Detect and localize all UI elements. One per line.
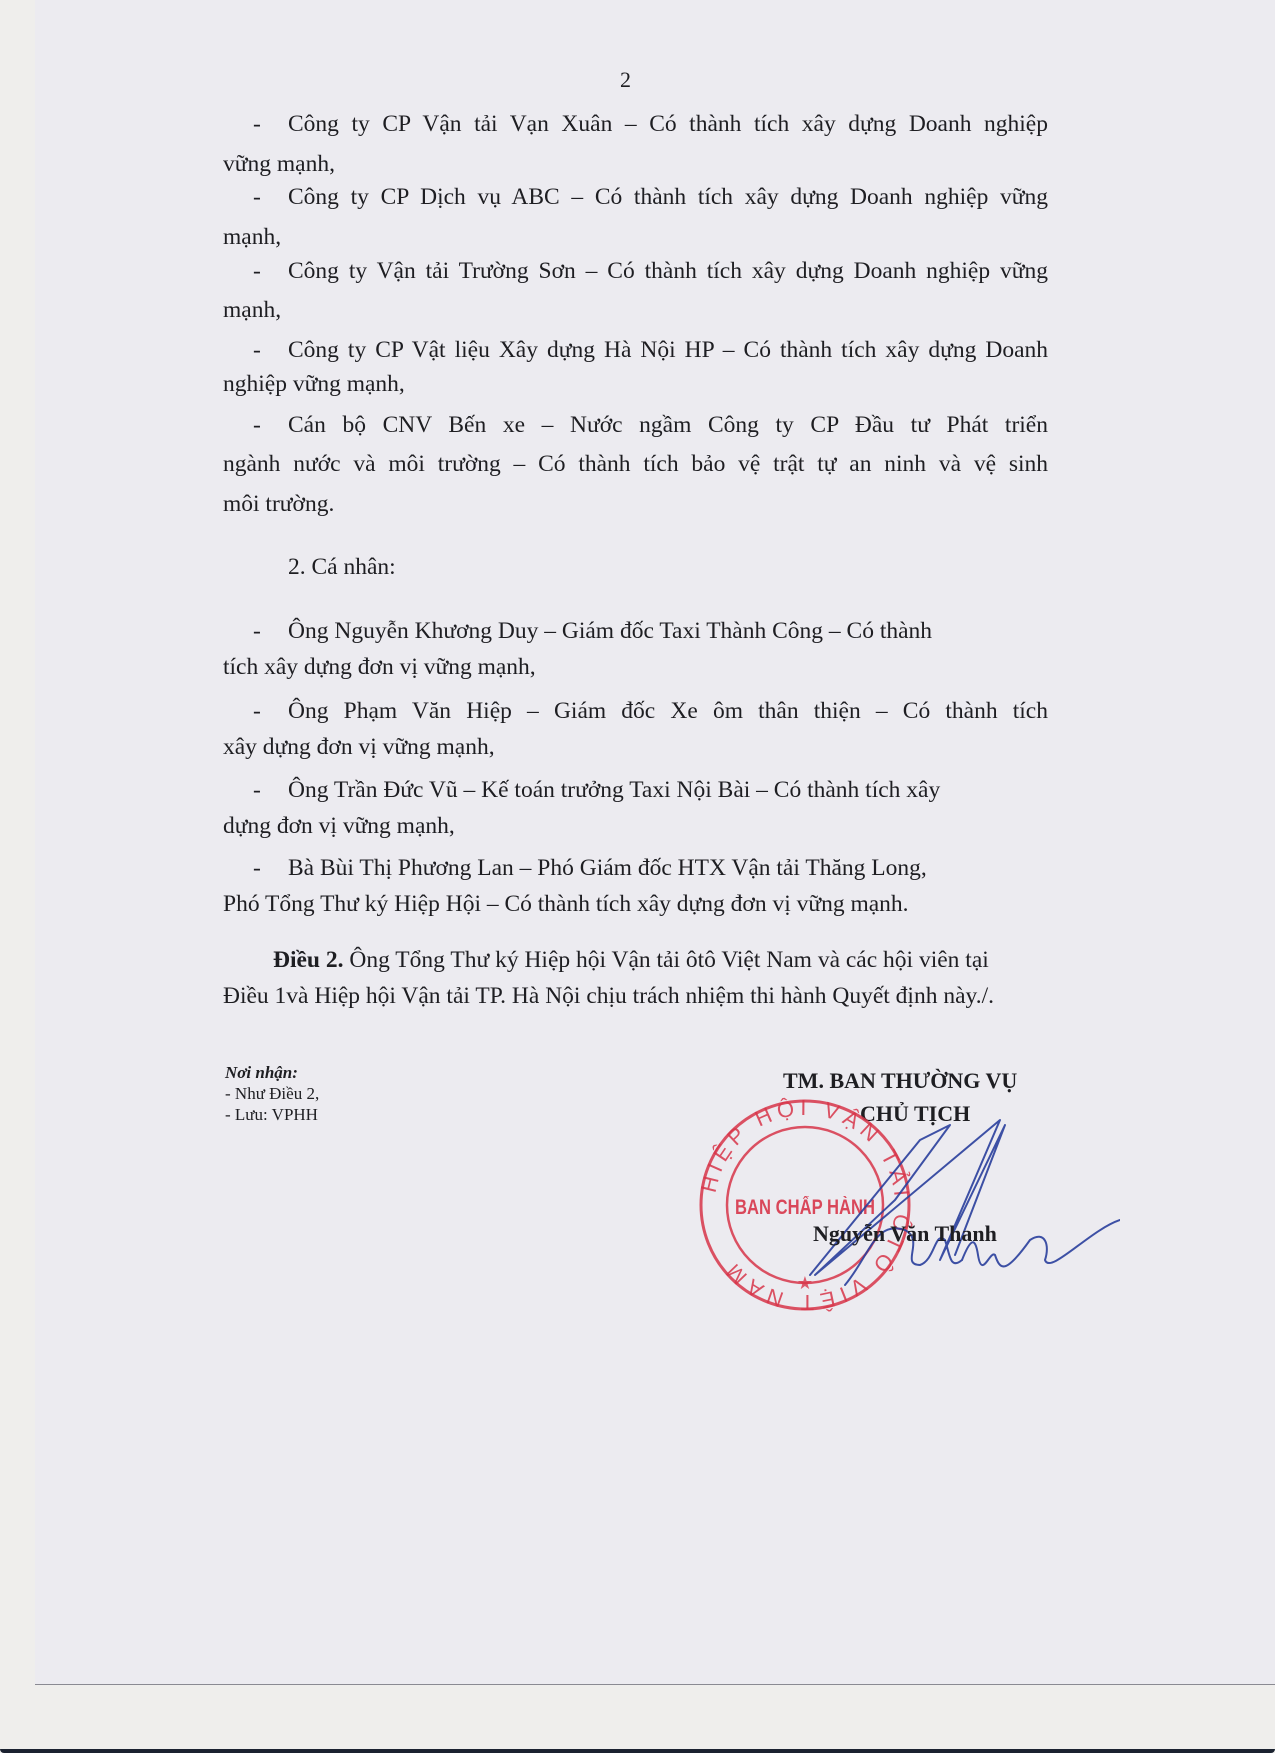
article-2-line1: Điều 2. Ông Tổng Thư ký Hiệp hội Vận tải…	[273, 946, 989, 974]
list-dash: -	[253, 183, 293, 211]
page-number: 2	[620, 66, 631, 94]
list-dash: -	[253, 257, 293, 285]
org-text: Công ty CP Vật liệu Xây dựng Hà Nội HP –…	[288, 337, 1048, 363]
individual-4-line2: Phó Tổng Thư ký Hiệp Hội – Có thành tích…	[223, 890, 909, 918]
individuals-heading: 2. Cá nhân:	[288, 553, 396, 581]
individual-1-line1: -Ông Nguyễn Khương Duy – Giám đốc Taxi T…	[288, 617, 932, 645]
individual-text: Bà Bùi Thị Phương Lan – Phó Giám đốc HTX…	[288, 855, 927, 881]
recipient-item: - Lưu: VPHH	[225, 1104, 319, 1125]
individual-2-line2: xây dựng đơn vị vững mạnh,	[223, 733, 495, 761]
org-item-1-line1: -Công ty CP Vận tải Vạn Xuân – Có thành …	[288, 110, 1048, 138]
handwritten-signature-icon	[700, 1080, 1120, 1300]
org-item-5-line1: -Cán bộ CNV Bến xe – Nước ngầm Công ty C…	[288, 411, 1048, 439]
org-text: Công ty CP Dịch vụ ABC – Có thành tích x…	[288, 184, 1048, 210]
individual-1-line2: tích xây dựng đơn vị vững mạnh,	[223, 653, 536, 681]
list-dash: -	[253, 411, 293, 439]
individual-text: Ông Phạm Văn Hiệp – Giám đốc Xe ôm thân …	[288, 698, 1048, 724]
individual-4-line1: -Bà Bùi Thị Phương Lan – Phó Giám đốc HT…	[288, 854, 927, 882]
org-item-4-line1: -Công ty CP Vật liệu Xây dựng Hà Nội HP …	[288, 336, 1048, 364]
individual-3-line1: -Ông Trần Đức Vũ – Kế toán trưởng Taxi N…	[288, 776, 940, 804]
org-item-3-line2: mạnh,	[223, 296, 281, 324]
org-item-2-line1: -Công ty CP Dịch vụ ABC – Có thành tích …	[288, 183, 1048, 211]
recipients-heading: Nơi nhận:	[225, 1062, 319, 1083]
individual-3-line2: dựng đơn vị vững mạnh,	[223, 812, 455, 840]
org-text: Công ty CP Vận tải Vạn Xuân – Có thành t…	[288, 111, 1048, 137]
org-item-1-line2: vững mạnh,	[223, 150, 335, 178]
recipients-block: Nơi nhận: - Như Điều 2, - Lưu: VPHH	[225, 1062, 319, 1125]
article-2-line2: Điều 1và Hiệp hội Vận tải TP. Hà Nội chị…	[223, 982, 994, 1010]
signer-name: Nguyễn Văn Thanh	[813, 1221, 997, 1247]
list-dash: -	[253, 854, 293, 882]
article-2-text: Ông Tổng Thư ký Hiệp hội Vận tải ôtô Việ…	[344, 947, 989, 973]
org-text: Cán bộ CNV Bến xe – Nước ngầm Công ty CP…	[288, 412, 1048, 438]
individual-2-line1: -Ông Phạm Văn Hiệp – Giám đốc Xe ôm thân…	[288, 697, 1048, 725]
org-item-5-line2: ngành nước và môi trường – Có thành tích…	[223, 450, 1048, 478]
list-dash: -	[253, 617, 293, 645]
list-dash: -	[253, 776, 293, 804]
scanned-page	[35, 0, 1275, 1685]
org-item-2-line2: mạnh,	[223, 223, 281, 251]
individual-text: Ông Nguyễn Khương Duy – Giám đốc Taxi Th…	[288, 618, 932, 644]
list-dash: -	[253, 697, 293, 725]
scan-edge	[0, 1749, 1275, 1753]
org-item-3-line1: -Công ty Vận tải Trường Sơn – Có thành t…	[288, 257, 1048, 285]
org-item-4-line2: nghiệp vững mạnh,	[223, 370, 405, 398]
individual-text: Ông Trần Đức Vũ – Kế toán trưởng Taxi Nộ…	[288, 777, 940, 803]
org-text: Công ty Vận tải Trường Sơn – Có thành tí…	[288, 258, 1048, 284]
org-item-5-line3: môi trường.	[223, 490, 334, 518]
article-2-label: Điều 2.	[273, 947, 344, 973]
list-dash: -	[253, 336, 293, 364]
recipient-item: - Như Điều 2,	[225, 1083, 319, 1104]
list-dash: -	[253, 110, 293, 138]
